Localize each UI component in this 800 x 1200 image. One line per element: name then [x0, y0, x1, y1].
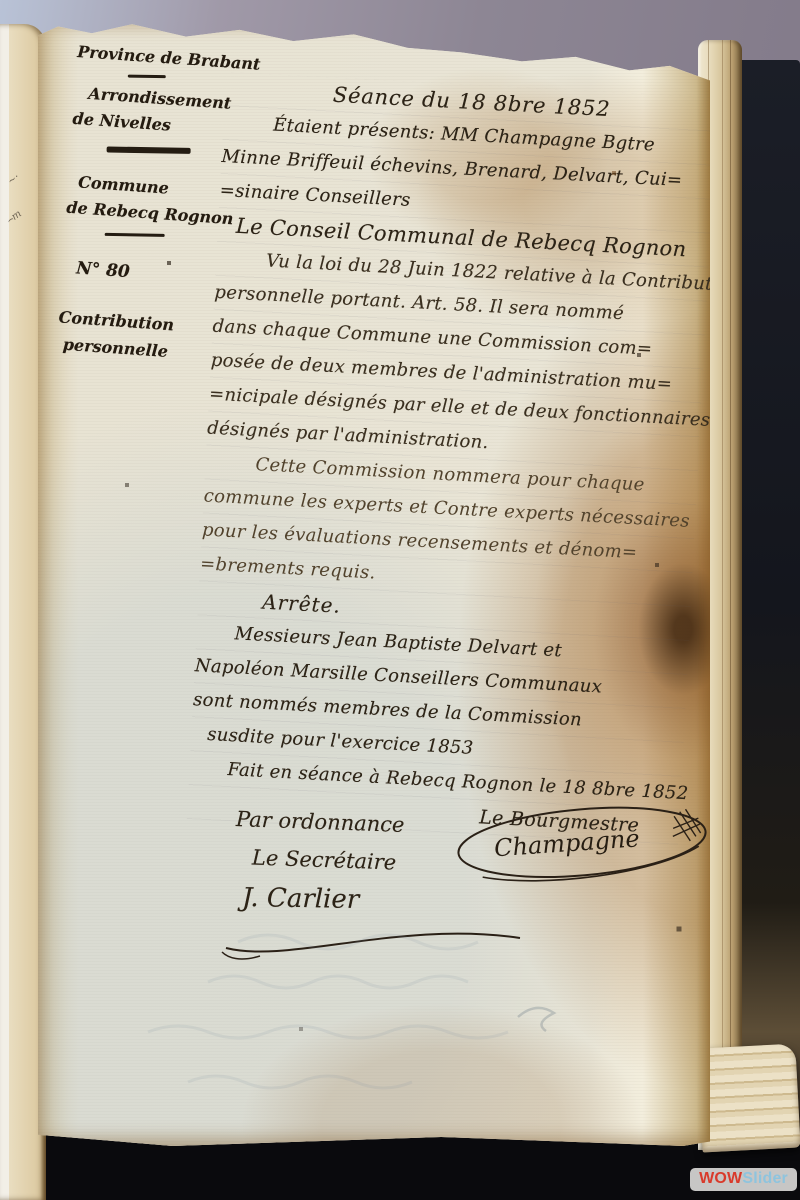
secretaire-signature: J. Carlier	[242, 883, 360, 915]
underline-flourish	[107, 146, 191, 153]
facing-page-ink-traces: ~·	[6, 172, 22, 188]
margin-subject: Contribution	[58, 307, 224, 337]
margin-province: Province de Brabant	[77, 42, 243, 72]
page-stack-bottom	[697, 1044, 800, 1153]
secretaire-label: Le Secrétaire	[252, 845, 397, 874]
underline-flourish	[105, 233, 165, 237]
facing-page-ink-traces: ⌢m	[4, 208, 23, 226]
margin-commune: Commune	[78, 172, 234, 202]
margin-subject-2: personnelle	[62, 335, 222, 365]
underline-flourish	[128, 75, 166, 79]
margin-arrondissement: Arrondissement	[88, 84, 240, 113]
wowslider-wow-text: WOW	[699, 1170, 742, 1187]
margin-arrondissement-2: de Nivelles	[72, 109, 238, 139]
ink-specks	[38, 22, 40, 24]
photo-of-manuscript-book: ~· ⌢m Province de Brabant Arrondissement…	[0, 0, 800, 1200]
ghost-show-through-writing	[88, 922, 688, 1152]
manuscript-body-text: Séance du 18 8bre 1852 Étaient présents:…	[187, 72, 717, 845]
margin-act-number: N° 80	[76, 258, 228, 288]
wowslider-slider-text: Slider	[742, 1170, 788, 1187]
wowslider-watermark-link[interactable]: WOWSlider	[690, 1168, 797, 1191]
margin-commune-2: de Rebecq Rognon	[66, 198, 232, 228]
manuscript-page: Province de Brabant Arrondissement de Ni…	[38, 22, 710, 1146]
bourgmestre-signature-text: Champagne	[493, 824, 640, 862]
bourgmestre-signature-flourish: Champagne	[450, 792, 722, 892]
par-ordonnance-label: Par ordonnance	[236, 807, 405, 837]
